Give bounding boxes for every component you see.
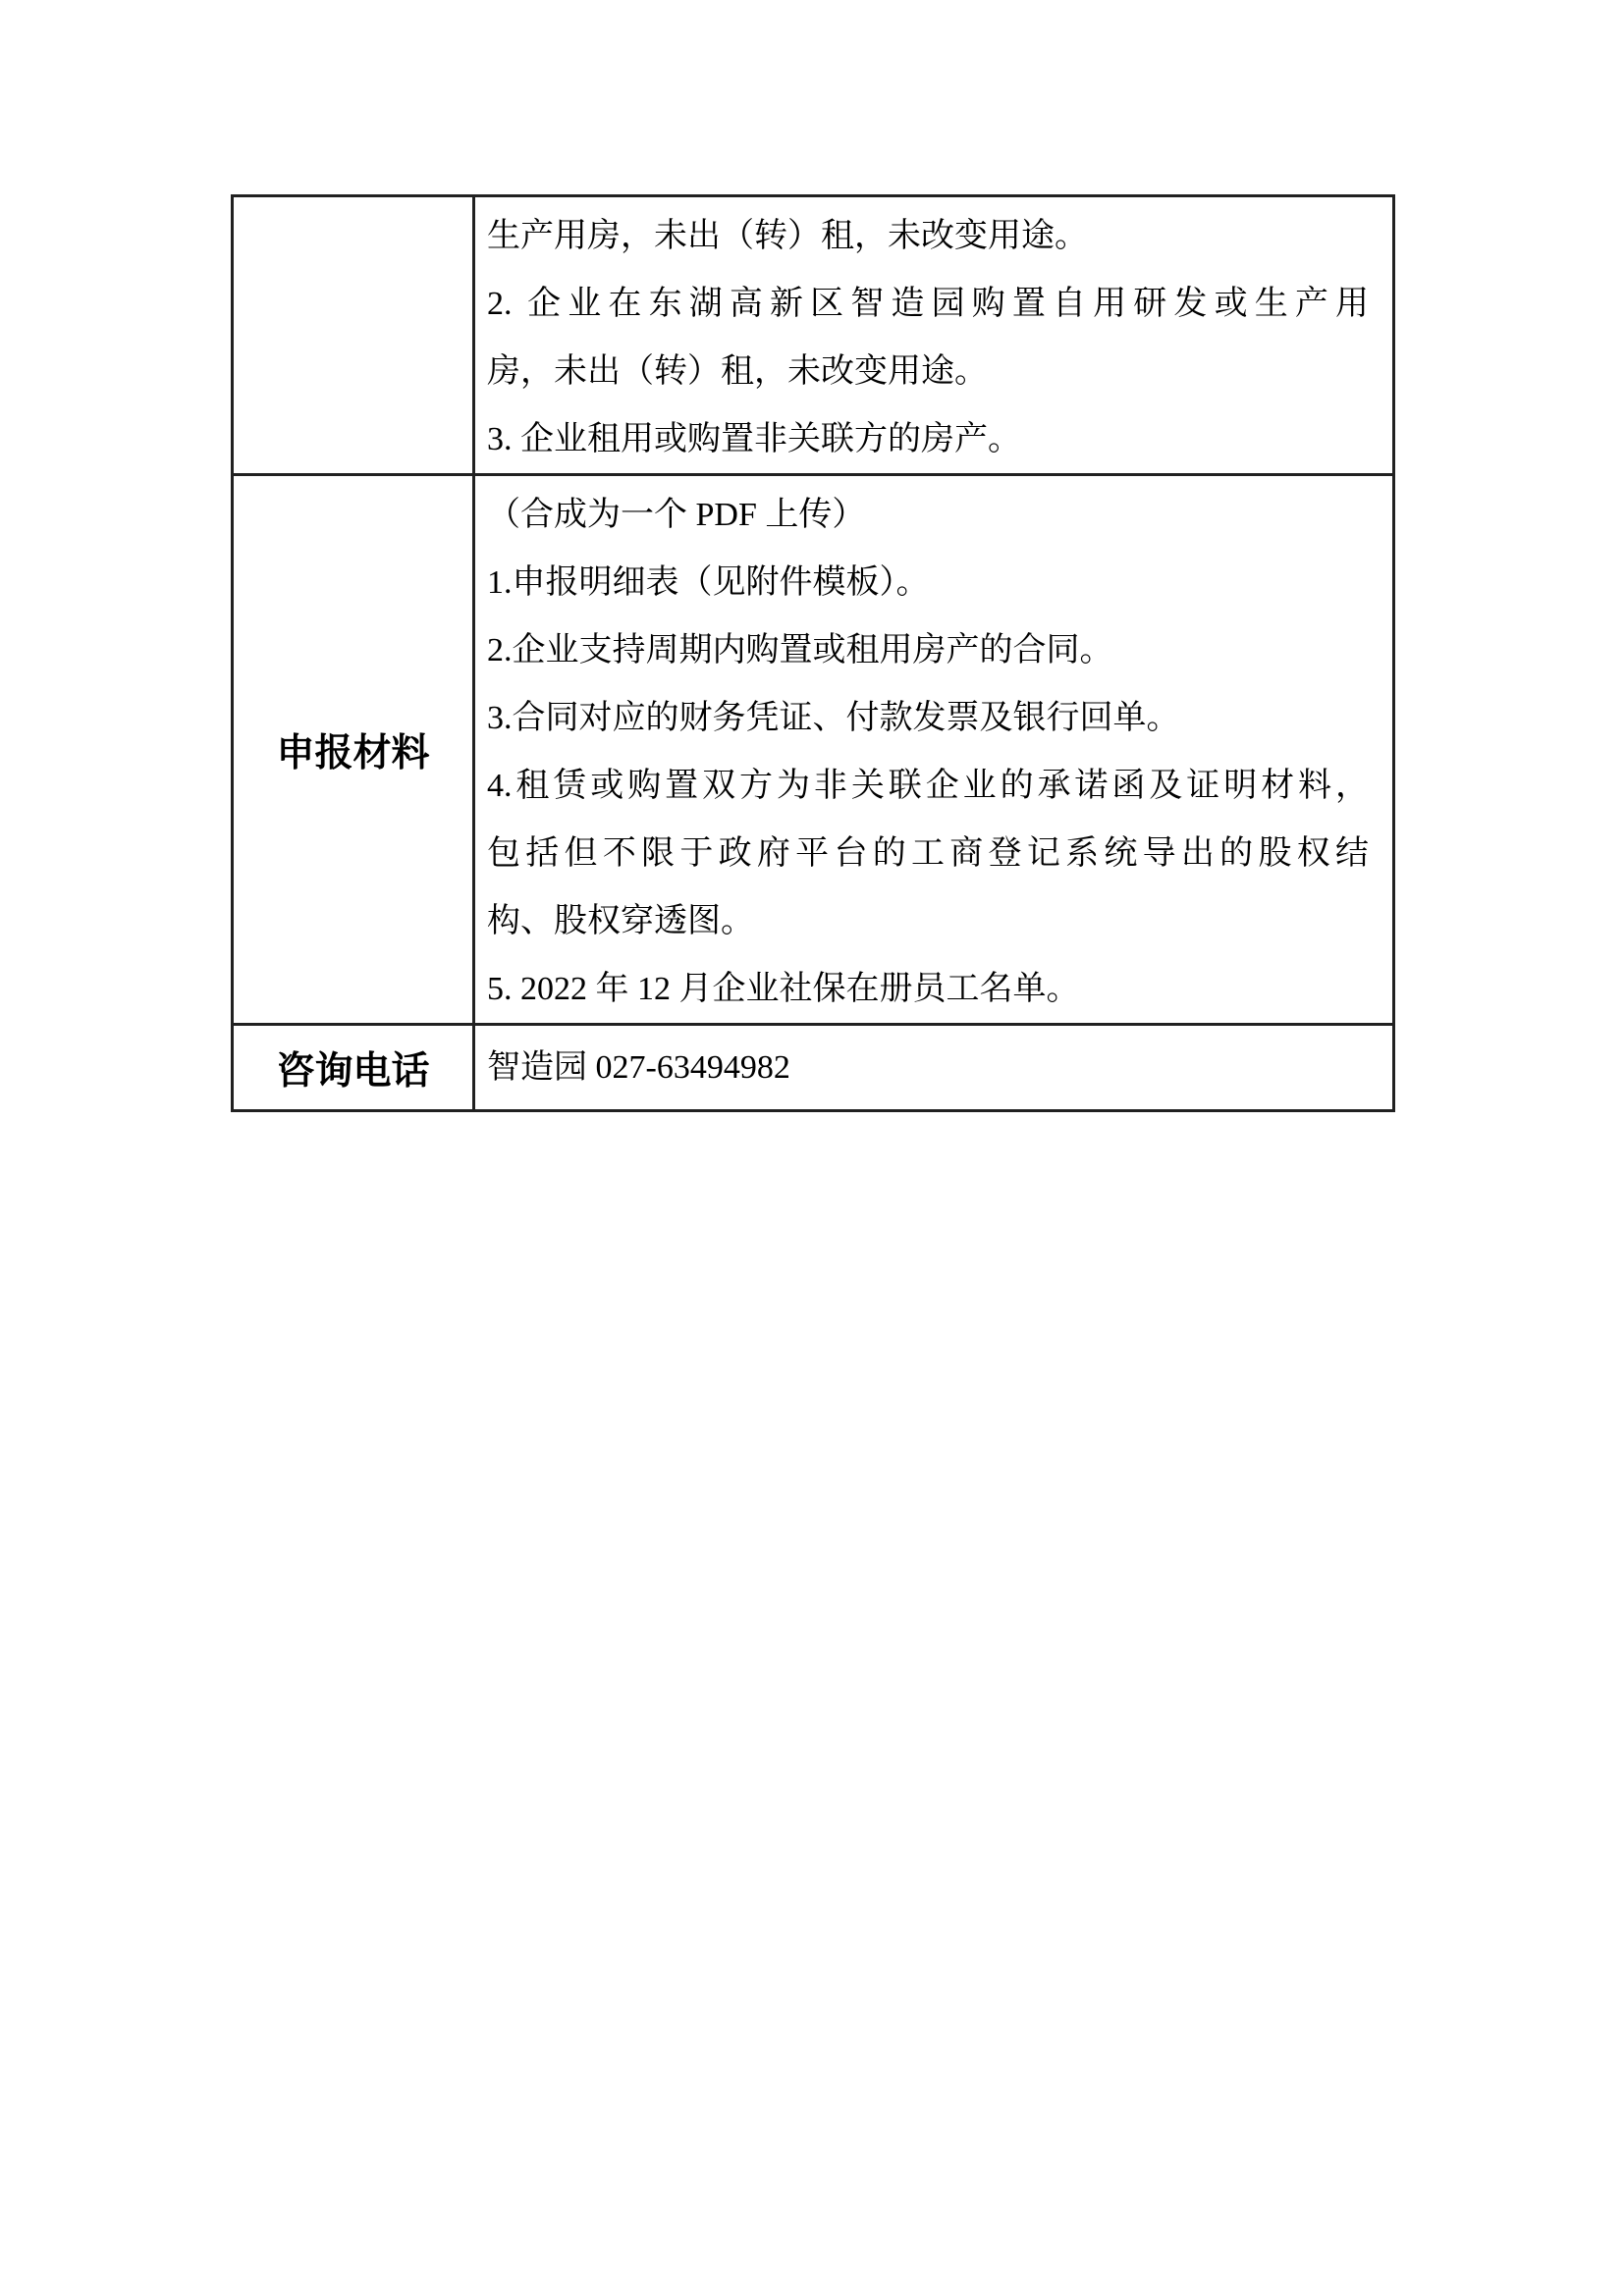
- text-line: 2.企业支持周期内购置或租用房产的合同。: [487, 616, 1369, 684]
- table-row-application-materials: 申报材料 （合成为一个 PDF 上传）1.申报明细表（见附件模板）。2.企业支持…: [233, 475, 1394, 1025]
- text-line: 包括但不限于政府平台的工商登记系统导出的股权结: [487, 820, 1369, 887]
- text-line: 4.租赁或购置双方为非关联企业的承诺函及证明材料，: [487, 752, 1369, 820]
- text-line: 3. 企业租用或购置非关联方的房产。: [487, 405, 1369, 473]
- text-line: 2. 企业在东湖高新区智造园购置自用研发或生产用: [487, 270, 1369, 338]
- text-line: 3.合同对应的财务凭证、付款发票及银行回单。: [487, 684, 1369, 752]
- row-content-application-materials: （合成为一个 PDF 上传）1.申报明细表（见附件模板）。2.企业支持周期内购置…: [474, 475, 1394, 1025]
- text-line: 构、股权穿透图。: [487, 887, 1369, 955]
- text-line: 生产用房，未出（转）租，未改变用途。: [487, 202, 1369, 270]
- row-header-application-materials: 申报材料: [233, 475, 474, 1025]
- application-info-table: 生产用房，未出（转）租，未改变用途。2. 企业在东湖高新区智造园购置自用研发或生…: [231, 194, 1395, 1112]
- conditions-text-lines: 生产用房，未出（转）租，未改变用途。2. 企业在东湖高新区智造园购置自用研发或生…: [487, 202, 1369, 473]
- table-row-consult-phone: 咨询电话 智造园 027-63494982: [233, 1025, 1394, 1111]
- row-content-consult-phone: 智造园 027-63494982: [474, 1025, 1394, 1111]
- text-line: 房，未出（转）租，未改变用途。: [487, 338, 1369, 405]
- row-content-conditions: 生产用房，未出（转）租，未改变用途。2. 企业在东湖高新区智造园购置自用研发或生…: [474, 196, 1394, 475]
- phone-text-lines: 智造园 027-63494982: [487, 1034, 1369, 1101]
- materials-text-lines: （合成为一个 PDF 上传）1.申报明细表（见附件模板）。2.企业支持周期内购置…: [487, 481, 1369, 1023]
- table-row-conditions-continued: 生产用房，未出（转）租，未改变用途。2. 企业在东湖高新区智造园购置自用研发或生…: [233, 196, 1394, 475]
- text-line: 智造园 027-63494982: [487, 1034, 1369, 1101]
- row-header-empty: [233, 196, 474, 475]
- text-line: 1.申报明细表（见附件模板）。: [487, 549, 1369, 616]
- text-line: （合成为一个 PDF 上传）: [487, 481, 1369, 549]
- document-page: { "page": { "background_color": "#ffffff…: [0, 0, 1624, 2296]
- row-header-consult-phone: 咨询电话: [233, 1025, 474, 1111]
- text-line: 5. 2022 年 12 月企业社保在册员工名单。: [487, 955, 1369, 1023]
